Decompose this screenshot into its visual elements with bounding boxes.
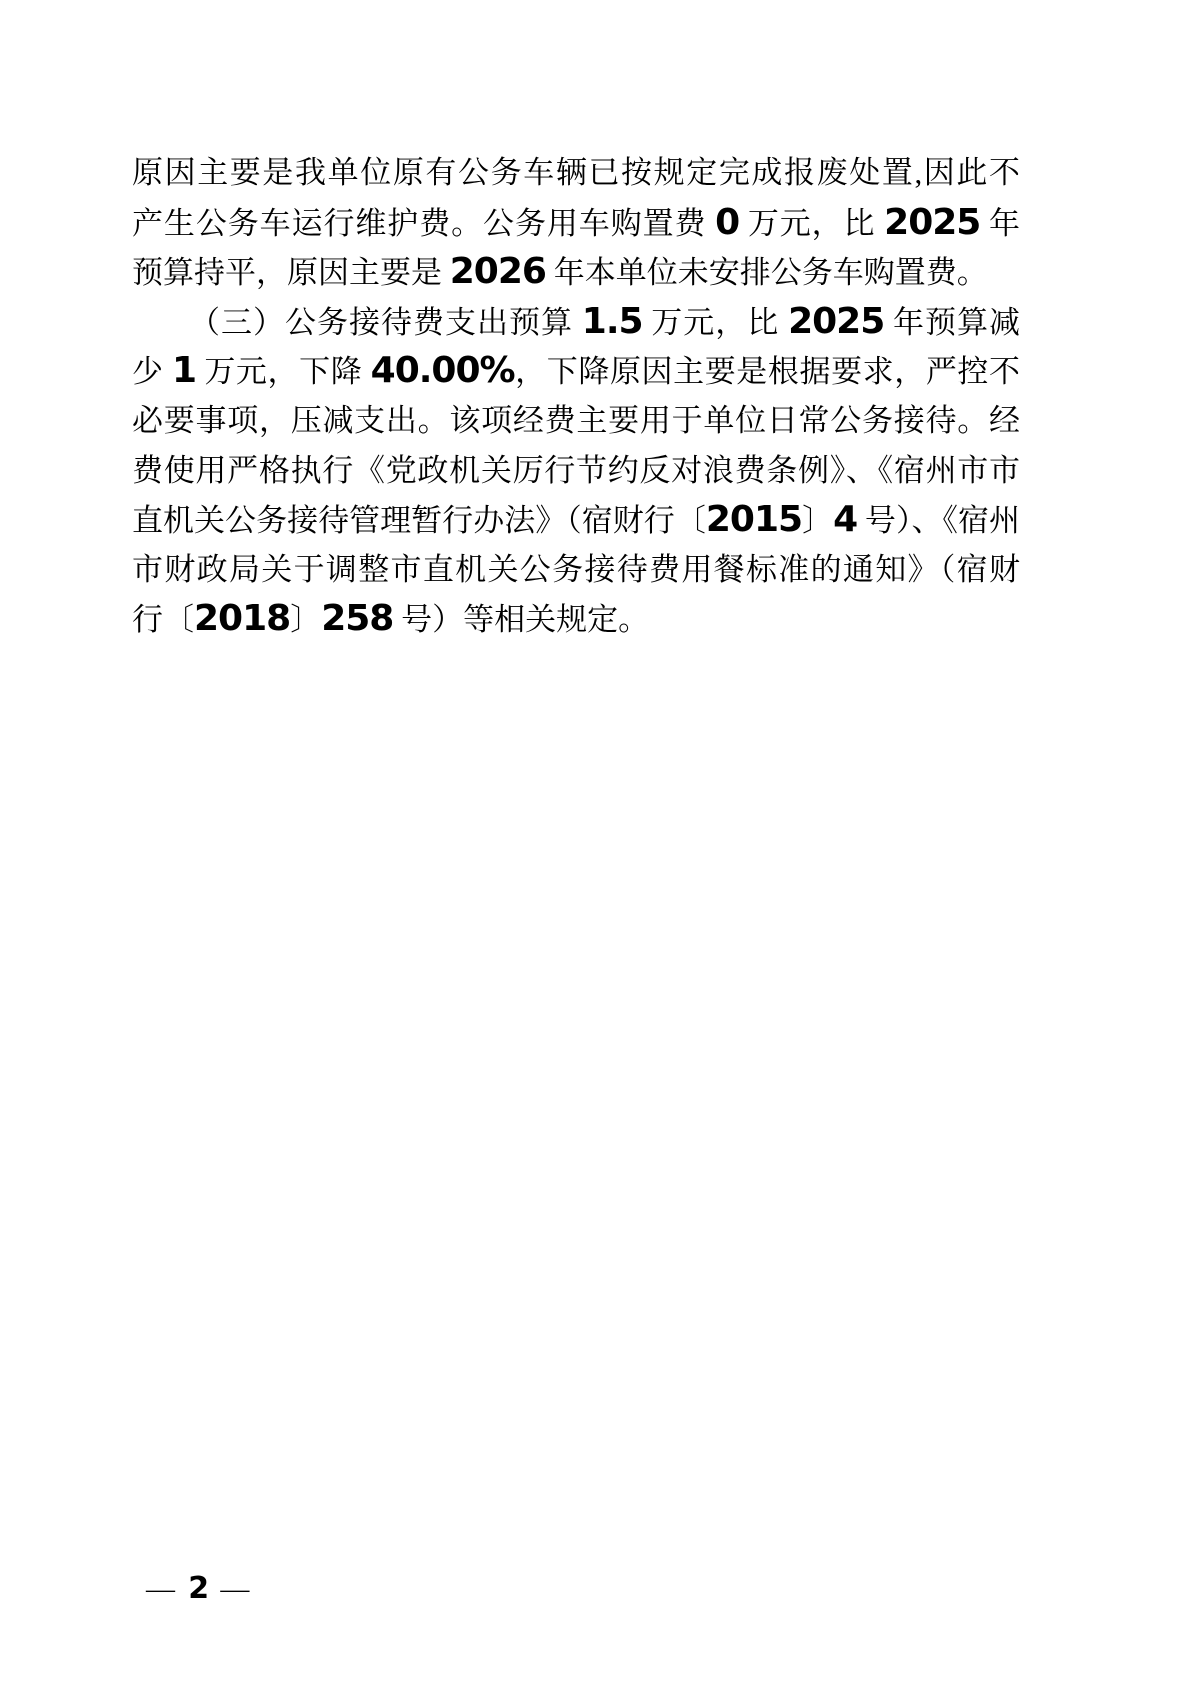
- numeric-value: 2018: [194, 598, 290, 639]
- text-line: 费使用严格执行《党政机关厉行节约反对浪费条例》、《宿州市市: [132, 446, 1020, 496]
- text-line: 必要事项，压减支出。该项经费主要用于单位日常公务接待。经: [132, 396, 1020, 446]
- page-number: — 2 —: [146, 1572, 251, 1606]
- numeric-value: 2025: [884, 202, 980, 243]
- numeric-value: 258: [321, 598, 393, 639]
- numeric-value: 2015: [706, 499, 802, 540]
- text-line: 行〔2018〕258 号）等相关规定。: [132, 594, 1020, 644]
- text-line: （三）公务接待费支出预算 1.5 万元，比 2025 年预算减: [132, 297, 1020, 347]
- document-page: 原因主要是我单位原有公务车辆已按规定完成报废处置,因此不产生公务车运行维护费。公…: [0, 0, 1190, 1683]
- numeric-value: 40.00%: [371, 350, 515, 391]
- text-line: 市财政局关于调整市直机关公务接待费用餐标准的通知》（宿财: [132, 545, 1020, 595]
- text-line: 预算持平，原因主要是 2026 年本单位未安排公务车购置费。: [132, 247, 1020, 297]
- text-line: 直机关公务接待管理暂行办法》（宿财行〔2015〕4 号）、《宿州: [132, 495, 1020, 545]
- document-body: 原因主要是我单位原有公务车辆已按规定完成报废处置,因此不产生公务车运行维护费。公…: [132, 148, 1020, 644]
- text-line: 产生公务车运行维护费。公务用车购置费 0 万元，比 2025 年: [132, 198, 1020, 248]
- numeric-value: 2025: [788, 301, 884, 342]
- text-line: 原因主要是我单位原有公务车辆已按规定完成报废处置,因此不: [132, 148, 1020, 198]
- numeric-value: 2: [186, 1571, 211, 1606]
- numeric-value: 1.5: [582, 301, 643, 342]
- numeric-value: 0: [715, 202, 739, 243]
- text-line: 少 1 万元，下降 40.00%，下降原因主要是根据要求，严控不: [132, 346, 1020, 396]
- numeric-value: 1: [172, 350, 196, 391]
- paragraph: 原因主要是我单位原有公务车辆已按规定完成报废处置,因此不产生公务车运行维护费。公…: [132, 148, 1020, 297]
- paragraph: （三）公务接待费支出预算 1.5 万元，比 2025 年预算减少 1 万元，下降…: [132, 297, 1020, 644]
- numeric-value: 4: [833, 499, 857, 540]
- numeric-value: 2026: [450, 251, 546, 292]
